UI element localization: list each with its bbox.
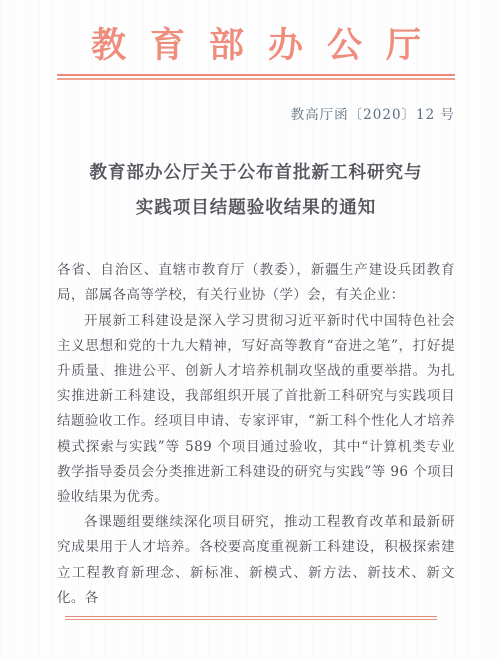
document-number: 教高厅函〔2020〕12 号 <box>57 107 455 123</box>
document-body: 各省、自治区、直辖市教育厅（教委），新疆生产建设兵团教育局，部属各高等学校，有关… <box>57 258 455 611</box>
letterhead-title: 教育部办公厅 <box>57 28 479 63</box>
footer-double-rule <box>65 616 437 620</box>
notice-title: 教育部办公厅关于公布首批新工科研究与 实践项目结题验收结果的通知 <box>57 156 455 226</box>
document-page: 教育部办公厅 教高厅函〔2020〕12 号 教育部办公厅关于公布首批新工科研究与… <box>0 0 500 659</box>
salutation-line: 各省、自治区、直辖市教育厅（教委），新疆生产建设兵团教育局，部属各高等学校，有关… <box>57 258 455 308</box>
letterhead-double-rule <box>57 74 455 80</box>
body-paragraph-2: 各课题组要继续深化项目研究，推动工程教育改革和最新研究成果用于人才培养。各校要高… <box>57 510 455 611</box>
body-paragraph-1: 开展新工科建设是深入学习贯彻习近平新时代中国特色社会主义思想和党的十九大精神，写… <box>57 309 455 511</box>
notice-title-line-1: 教育部办公厅关于公布首批新工科研究与 <box>57 156 455 191</box>
notice-title-line-2: 实践项目结题验收结果的通知 <box>57 191 455 226</box>
